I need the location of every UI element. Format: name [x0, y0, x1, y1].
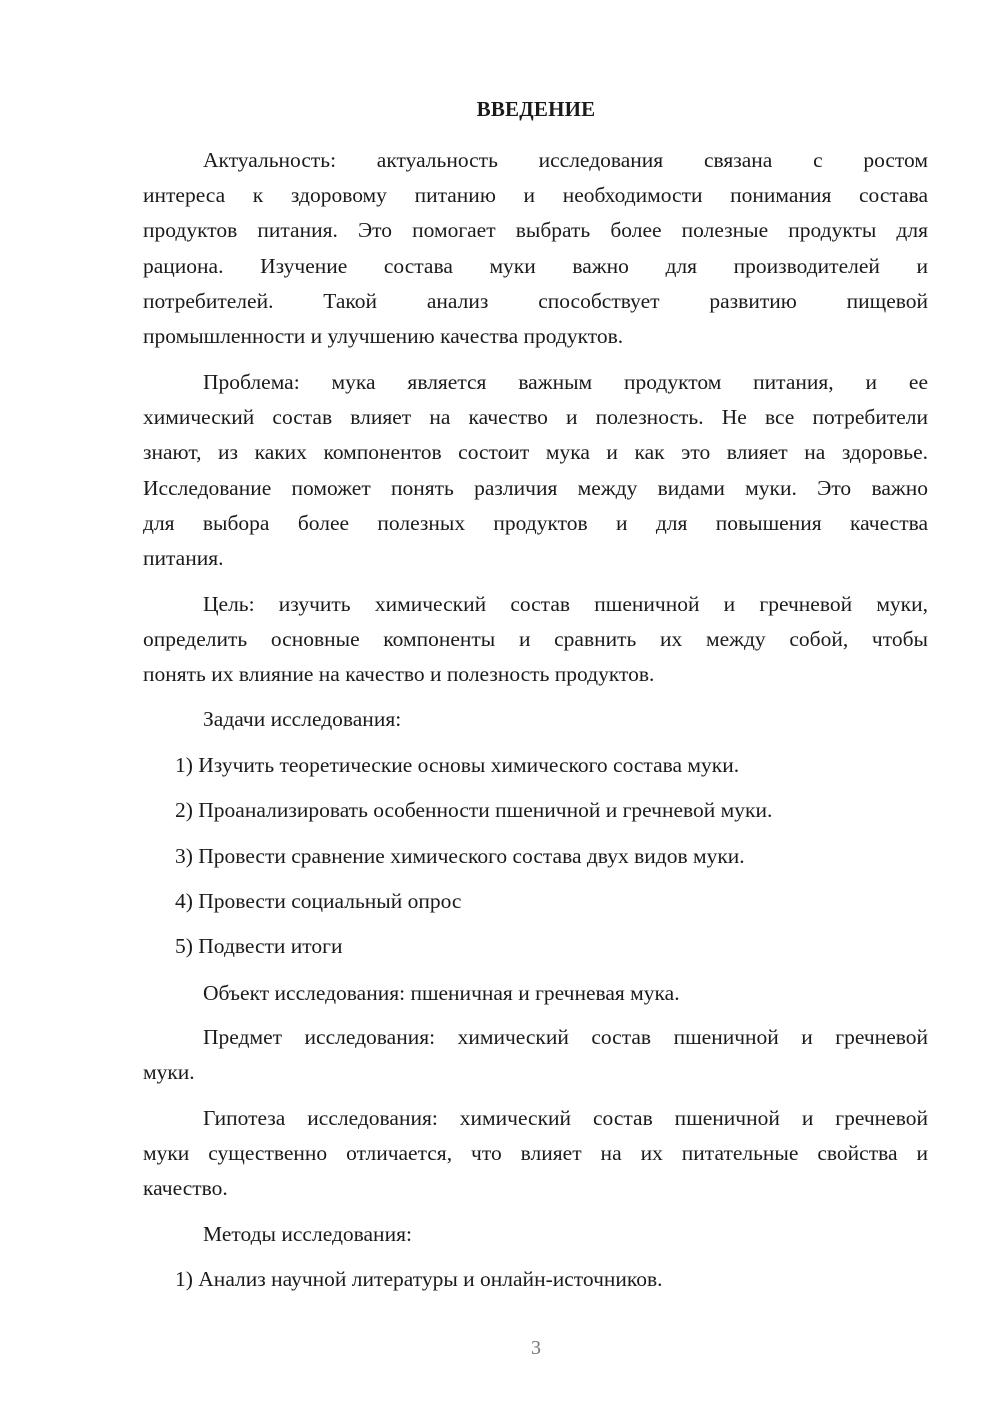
text-line: продуктов питания. Это помогает выбрать … — [143, 218, 928, 242]
text-line: Гипотеза исследования: химический состав… — [203, 1106, 928, 1130]
text-line: Цель: изучить химический состав пшенично… — [203, 592, 928, 616]
text-line: промышленности и улучшению качества прод… — [143, 324, 928, 348]
page-title: ВВЕДЕНИЕ — [0, 97, 1000, 122]
document-page: ВВЕДЕНИЕ Актуальность: актуальность иссл… — [0, 0, 1000, 1414]
text-line: Проблема: мука является важным продуктом… — [203, 370, 928, 394]
text-line: Исследование поможет понять различия меж… — [143, 476, 928, 500]
text-line: для выбора более полезных продуктов и дл… — [143, 511, 928, 535]
text-line: потребителей. Такой анализ способствует … — [143, 289, 928, 313]
text-line: понять их влияние на качество и полезнос… — [143, 662, 928, 686]
text-line: химический состав влияет на качество и п… — [143, 405, 928, 429]
list-item: 1) Изучить теоретические основы химическ… — [175, 753, 960, 777]
list-item: 2) Проанализировать особенности пшенично… — [175, 798, 960, 822]
text-line: Предмет исследования: химический состав … — [203, 1025, 928, 1049]
text-line: рациона. Изучение состава муки важно для… — [143, 254, 928, 278]
text-line: Актуальность: актуальность исследования … — [203, 148, 928, 172]
text-line: качество. — [143, 1176, 928, 1200]
list-item: 4) Провести социальный опрос — [175, 889, 960, 913]
text-line: питания. — [143, 546, 928, 570]
list-item: 1) Анализ научной литературы и онлайн-ис… — [175, 1267, 960, 1291]
text-line: интереса к здоровому питанию и необходим… — [143, 183, 928, 207]
text-line: Объект исследования: пшеничная и гречнев… — [203, 981, 928, 1005]
methods-heading: Методы исследования: — [203, 1222, 928, 1246]
list-item: 3) Провести сравнение химического состав… — [175, 844, 960, 868]
tasks-heading: Задачи исследования: — [203, 707, 928, 731]
text-line: муки. — [143, 1060, 928, 1084]
text-line: знают, из каких компонентов состоит мука… — [143, 440, 928, 464]
text-line: муки существенно отличается, что влияет … — [143, 1141, 928, 1165]
text-line: определить основные компоненты и сравнит… — [143, 627, 928, 651]
list-item: 5) Подвести итоги — [175, 934, 960, 958]
page-number: 3 — [0, 1337, 1000, 1360]
